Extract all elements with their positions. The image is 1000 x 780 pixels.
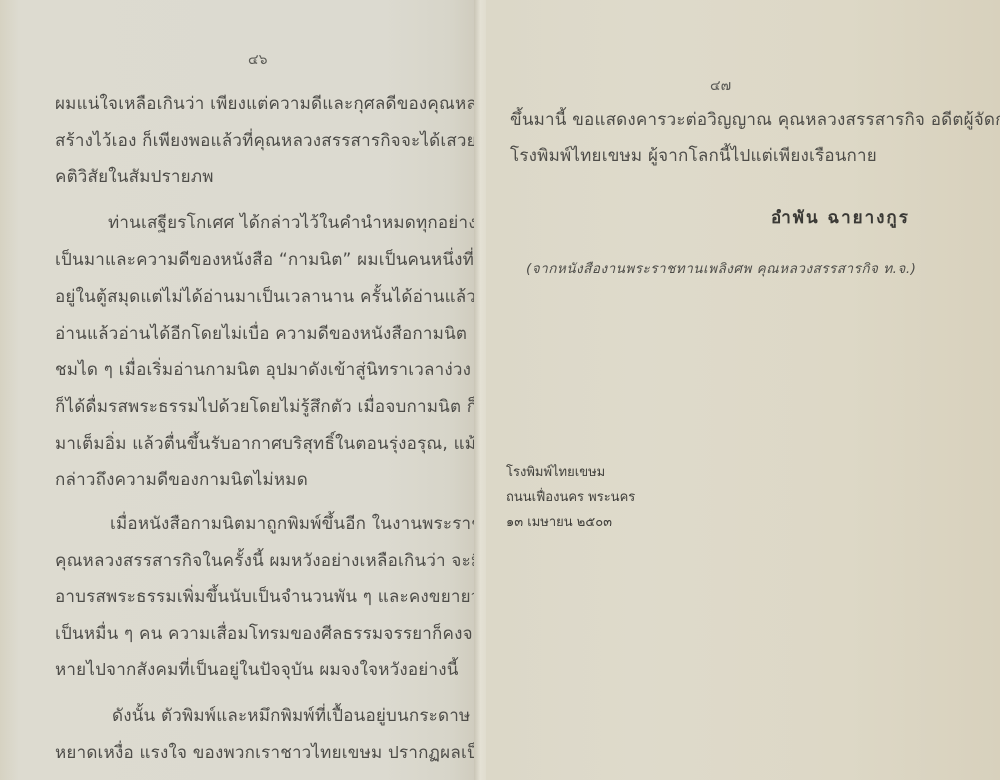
text-line: กล่าวถึงความดีของกามนิตไม่หมด [55, 466, 308, 493]
text-line: เป็นหมื่น ๆ คน ความเสื่อมโทรมของศีลธรรมจ… [55, 620, 478, 647]
text-line: ขึ้นมานี้ ขอแสดงคารวะต่อวิญญาณ คุณหลวงสร… [510, 106, 1000, 133]
source-note: (จากหนังสืองานพระราชทานเพลิงศพ คุณหลวงสร… [526, 257, 916, 279]
page-number: ๔๖ [248, 49, 267, 71]
page-number: ๔๗ [710, 75, 731, 97]
text-line: คติวิสัยในสัมปรายภพ [55, 163, 214, 190]
text-line: สร้างไว้เอง ก็เพียงพอแล้วที่คุณหลวงสรรสา… [55, 127, 478, 154]
text-line: อ่านแล้วอ่านได้อีกโดยไม่เบื่อ ความดีของห… [55, 320, 478, 347]
text-line: ผมแน่ใจเหลือเกินว่า เพียงแต่ความดีและกุศ… [55, 90, 478, 117]
text-line: ท่านเสฐียรโกเศศ ได้กล่าวไว้ในคำนำหมดทุกอ… [108, 209, 478, 236]
imprint-date: ๑๓ เมษายน ๒๕๐๓ [506, 511, 612, 532]
text-line: เป็นมาและความดีของหนังสือ “กามนิต” ผมเป็… [55, 246, 478, 273]
book-spread: ๔๖ ผมแน่ใจเหลือเกินว่า เพียงแต่ความดีและ… [0, 0, 1000, 780]
imprint-printer: โรงพิมพ์ไทยเขษม [506, 461, 605, 482]
text-line: อาบรสพระธรรมเพิ่มขึ้นนับเป็นจำนวนพัน ๆ แ… [55, 583, 478, 610]
text-line: เมื่อหนังสือกามนิตมาถูกพิมพ์ขึ้นอีก ในงา… [110, 510, 478, 537]
text-line: อยู่ในตู้สมุดแต่ไม่ได้อ่านมาเป็นเวลานาน … [55, 283, 478, 310]
text-line: ชมได ๆ เมื่อเริ่มอ่านกามนิต อุปมาดังเข้า… [55, 356, 478, 383]
text-line: คุณหลวงสรรสารกิจในครั้งนี้ ผมหวังอย่างเห… [55, 547, 478, 574]
text-line: โรงพิมพ์ไทยเขษม ผู้จากโลกนี้ไปแต่เพียงเร… [510, 142, 877, 169]
text-line: หยาดเหงื่อ แรงใจ ของพวกเราชาวไทยเขษม ปรา… [55, 739, 478, 766]
author-name: อำพัน ฉายางกูร [771, 204, 910, 231]
text-line: มาเต็มอิ่ม แล้วตื่นขึ้นรับอากาศบริสุทธิ์… [55, 430, 478, 457]
left-page: ๔๖ ผมแน่ใจเหลือเกินว่า เพียงแต่ความดีและ… [0, 0, 478, 780]
right-page: ๔๗ ขึ้นมานี้ ขอแสดงคารวะต่อวิญญาณ คุณหลว… [486, 0, 1000, 780]
imprint-address: ถนนเฟื่องนคร พระนคร [506, 486, 635, 507]
text-line: หายไปจากสังคมที่เป็นอยู่ในปัจจุบัน ผมจงใ… [55, 656, 459, 683]
text-line: ดังนั้น ตัวพิมพ์และหมึกพิมพ์ที่เปื้อนอยู… [112, 702, 478, 729]
text-line: ก็ได้ดื่มรสพระธรรมไปด้วยโดยไม่รู้สึกตัว … [55, 393, 478, 420]
